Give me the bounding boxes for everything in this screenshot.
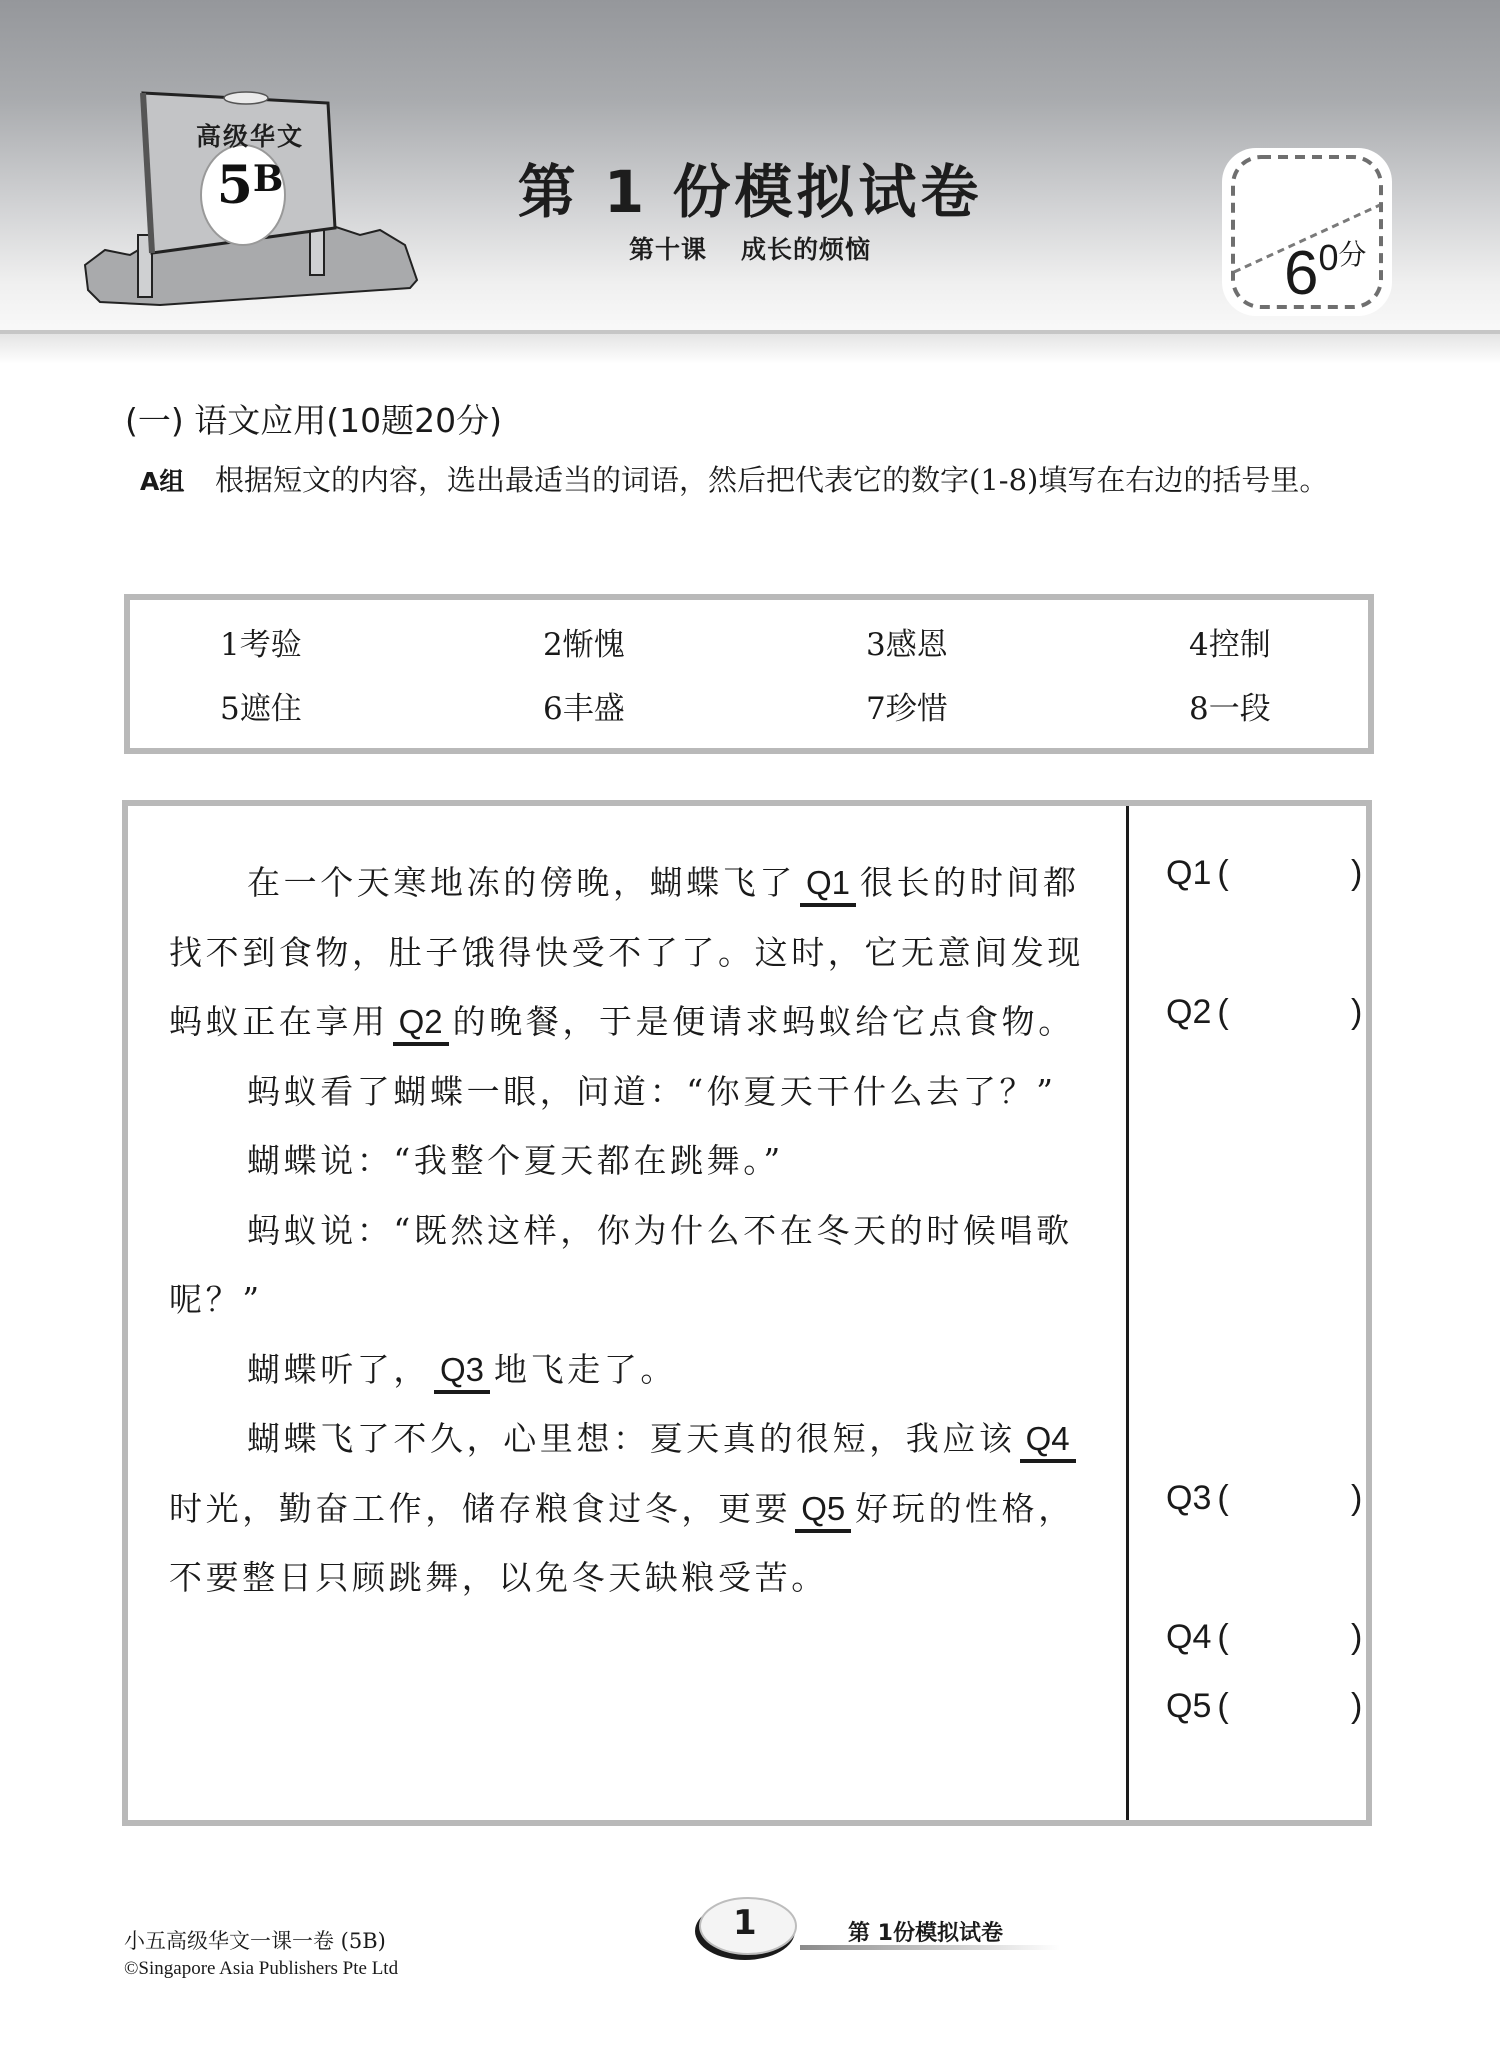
- open-paren: (: [1217, 854, 1228, 892]
- word-option: 6丰盛: [543, 686, 866, 732]
- blank-q2: Q2: [393, 1002, 449, 1046]
- text-run: 的晚餐，于是便请求蚂蚁给它点食物。: [453, 1002, 1075, 1041]
- text-run: 地飞走了。: [494, 1350, 677, 1389]
- option-number: 3: [866, 627, 886, 663]
- answer-slot-q3[interactable]: Q3(): [1166, 1479, 1229, 1518]
- option-number: 7: [866, 691, 886, 727]
- score-value: 60分: [1284, 240, 1367, 305]
- answer-slot-q1[interactable]: Q1(): [1166, 854, 1229, 893]
- paragraph: 在一个天寒地冻的傍晚，蝴蝶飞了Q1很长的时间都找不到食物，肚子饿得快受不了了。这…: [169, 848, 1099, 1057]
- option-number: 5: [220, 691, 240, 727]
- open-paren: (: [1217, 1479, 1228, 1517]
- open-paren: (: [1217, 993, 1228, 1031]
- score-unit: 分: [1339, 238, 1367, 271]
- paragraph: 蝴蝶听了，Q3地飞走了。: [169, 1335, 1099, 1405]
- lesson-topic: 成长的烦恼: [741, 235, 871, 264]
- footer-book-title: 小五高级华文一课一卷 (5B): [124, 1925, 386, 1955]
- option-word: 一段: [1209, 691, 1271, 727]
- answer-label: Q2: [1166, 993, 1211, 1031]
- instruction-text: 根据短文的内容，选出最适当的词语，然后把代表它的数字(1-8)填写在右边的括号里…: [215, 455, 1375, 505]
- option-word: 遮住: [240, 691, 302, 727]
- word-bank-box: 1考验 2惭愧 3感恩 4控制 5遮住 6丰盛 7珍惜 8一段: [124, 594, 1374, 754]
- word-option: 2惭愧: [543, 622, 866, 668]
- answer-label: Q4: [1166, 1618, 1211, 1656]
- close-paren: ): [1351, 1687, 1362, 1726]
- answer-slot-q4[interactable]: Q4(): [1166, 1618, 1229, 1657]
- option-number: 2: [543, 627, 563, 663]
- option-word: 感恩: [886, 627, 948, 663]
- lesson-label: 第十课: [629, 235, 707, 264]
- logo-grade-suffix: B: [253, 158, 283, 200]
- text-run: 蝴蝶听了，: [247, 1350, 430, 1389]
- blank-q4: Q4: [1020, 1419, 1076, 1463]
- answer-label: Q3: [1166, 1479, 1211, 1517]
- text-run: 时光，勤奋工作，储存粮食过冬，更要: [169, 1489, 791, 1528]
- close-paren: ): [1351, 1479, 1362, 1518]
- text-run: 蚂蚁说：“既然这样，你为什么不在冬天的时候唱歌呢？”: [169, 1211, 1073, 1320]
- column-divider: [1126, 806, 1129, 1820]
- text-run: 在一个天寒地冻的傍晚，蝴蝶飞了: [247, 863, 796, 902]
- word-bank-grid: 1考验 2惭愧 3感恩 4控制 5遮住 6丰盛 7珍惜 8一段: [220, 622, 1320, 732]
- footer-running-title: 第 1份模拟试卷: [848, 1916, 1003, 1947]
- text-run: 蝴蝶飞了不久，心里想：夏天真的很短，我应该: [247, 1419, 1016, 1458]
- score-digit-2: 0: [1318, 237, 1338, 278]
- answer-label: Q5: [1166, 1687, 1211, 1725]
- group-label: A组: [140, 462, 184, 498]
- word-option: 4控制: [1189, 622, 1320, 668]
- paragraph: 蝴蝶飞了不久，心里想：夏天真的很短，我应该Q4时光，勤奋工作，储存粮食过冬，更要…: [169, 1404, 1099, 1613]
- blank-q3: Q3: [434, 1350, 490, 1394]
- logo-grade-number: 5: [217, 155, 253, 216]
- text-run: 蚂蚁看了蝴蝶一眼，问道：“你夏天干什么去了？”: [247, 1072, 1057, 1111]
- page-number: 1: [733, 1903, 757, 1943]
- option-word: 控制: [1209, 627, 1271, 663]
- answer-slot-q5[interactable]: Q5(): [1166, 1687, 1229, 1726]
- word-option: 1考验: [220, 622, 543, 668]
- paragraph: 蚂蚁看了蝴蝶一眼，问道：“你夏天干什么去了？”: [169, 1057, 1099, 1127]
- open-paren: (: [1217, 1687, 1228, 1725]
- open-paren: (: [1217, 1618, 1228, 1656]
- answer-slot-q2[interactable]: Q2(): [1166, 993, 1229, 1032]
- text-run: 蝴蝶说：“我整个夏天都在跳舞。”: [247, 1141, 784, 1180]
- close-paren: ): [1351, 1618, 1362, 1657]
- option-word: 惭愧: [563, 627, 625, 663]
- option-number: 6: [543, 691, 563, 727]
- page-subtitle: 第十课成长的烦恼: [450, 230, 1050, 266]
- blank-q5: Q5: [795, 1489, 851, 1533]
- footer-copyright: ©Singapore Asia Publishers Pte Ltd: [124, 1958, 398, 1980]
- close-paren: ): [1351, 854, 1362, 893]
- paragraph: 蚂蚁说：“既然这样，你为什么不在冬天的时候唱歌呢？”: [169, 1196, 1099, 1335]
- word-option: 3感恩: [866, 622, 1189, 668]
- paragraph: 蝴蝶说：“我整个夏天都在跳舞。”: [169, 1126, 1099, 1196]
- option-word: 丰盛: [563, 691, 625, 727]
- word-option: 5遮住: [220, 686, 543, 732]
- passage-box: 在一个天寒地冻的傍晚，蝴蝶飞了Q1很长的时间都找不到食物，肚子饿得快受不了了。这…: [122, 800, 1372, 1826]
- logo-series-label: 高级华文: [175, 117, 325, 153]
- passage-text: 在一个天寒地冻的傍晚，蝴蝶飞了Q1很长的时间都找不到食物，肚子饿得快受不了了。这…: [169, 848, 1099, 1613]
- answer-label: Q1: [1166, 854, 1211, 892]
- header-shadow: [0, 334, 1500, 364]
- word-option: 7珍惜: [866, 686, 1189, 732]
- book-logo-sign: 高级华文 5B: [60, 60, 440, 330]
- option-word: 考验: [240, 627, 302, 663]
- page-title: 第 1 份模拟试卷: [450, 145, 1050, 229]
- total-score-box: 60分: [1222, 148, 1392, 316]
- option-number: 8: [1189, 691, 1209, 727]
- option-number: 1: [220, 627, 240, 663]
- score-digit-1: 6: [1284, 239, 1318, 308]
- logo-grade: 5B: [200, 160, 300, 212]
- word-option: 8一段: [1189, 686, 1320, 732]
- close-paren: ): [1351, 993, 1362, 1032]
- blank-q1: Q1: [800, 863, 856, 907]
- section-heading: (一) 语文应用(10题20分): [125, 395, 502, 442]
- option-number: 4: [1189, 627, 1209, 663]
- option-word: 珍惜: [886, 691, 948, 727]
